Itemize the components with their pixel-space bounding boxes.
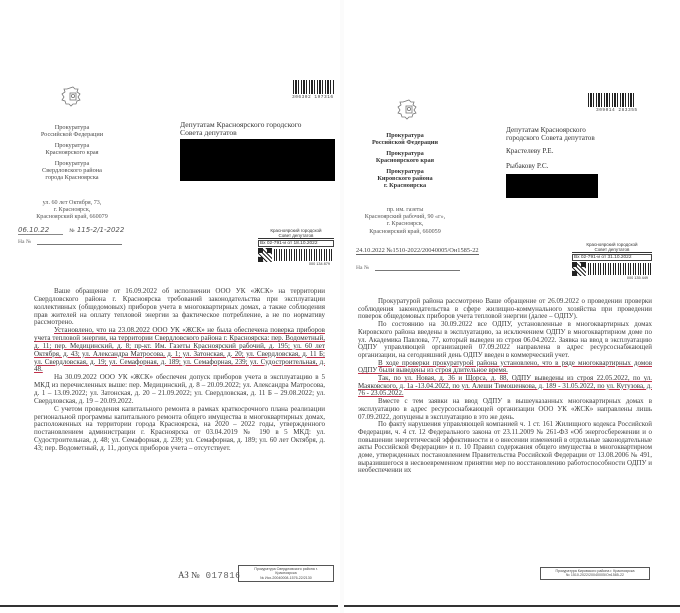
sender-header: ПрокуратураРоссийской Федерации Прокурат… <box>350 132 460 193</box>
barcode <box>293 80 335 94</box>
recipient: Депутатам Красноярскогогородского Совета… <box>506 126 595 142</box>
incoming-registration-stamp: Красноярский городской Совет депутатов В… <box>258 228 334 262</box>
russian-emblem-icon <box>60 84 86 110</box>
highlighted-finding: В ходе проверки прокуратурой района уста… <box>358 359 652 375</box>
recipient-name: Рыбакову Р.С. <box>506 162 548 170</box>
recipient-name: Крастелеву Р.Е. <box>506 147 554 155</box>
recipient: Депутатам Красноярского городскогоСовета… <box>180 121 301 137</box>
qr-code-icon <box>258 248 272 262</box>
page-edge <box>344 605 680 607</box>
barcode <box>588 93 636 107</box>
russian-emblem-icon <box>396 97 422 123</box>
redacted-block <box>506 174 598 198</box>
outgoing-number-handwritten: 06.10.22 № 115-2/1-2022 <box>18 226 124 234</box>
barcode-number: 309014 283355 <box>596 108 638 113</box>
reference-number-field: На № <box>356 265 460 271</box>
barcode-number: 306302 197316 <box>292 95 334 100</box>
incoming-registration-stamp: Красноярский городской Совет депутатов В… <box>572 242 652 276</box>
form-serial-number: АЗ №017816 <box>178 570 241 581</box>
page-edge <box>0 605 338 607</box>
sender-address: пр. им. газетыКрасноярский рабочий, 90 «… <box>350 207 460 236</box>
letter-body: Ваше обращение от 16.09.2022 об исполнен… <box>34 288 325 453</box>
barcode: 000 135 449 <box>588 263 652 275</box>
barcode: 000 134 879 <box>274 249 334 261</box>
highlighted-finding: Так, по ул. Новая, д. 36 и Щорса, д. 88,… <box>358 374 652 397</box>
left-letter-page: ПрокуратураРоссийской Федерации Прокурат… <box>0 0 340 613</box>
prosecutor-registration-stamp: Прокуратура Свердловского района г.Красн… <box>238 565 334 582</box>
outgoing-number: 24.10.2022 №1510-2022/20040005/Он1585-22 <box>356 247 479 254</box>
letter-body: Прокуратурой района рассмотрено Ваше обр… <box>358 298 652 475</box>
highlighted-finding: Установлено, что на 23.08.2022 ООО УК «Ж… <box>34 326 325 373</box>
sender-address: ул. 60 лет Октября, 73,г. Красноярск,Кра… <box>12 200 132 222</box>
reference-number-field: На № <box>18 239 122 245</box>
qr-code-icon <box>572 262 586 276</box>
sender-header: ПрокуратураРоссийской Федерации Прокурат… <box>12 124 132 185</box>
right-letter-page: ПрокуратураРоссийской Федерации Прокурат… <box>344 0 680 613</box>
prosecutor-registration-stamp: Прокуратура Кировского района г. Красноя… <box>540 567 650 580</box>
redacted-block <box>180 139 335 181</box>
